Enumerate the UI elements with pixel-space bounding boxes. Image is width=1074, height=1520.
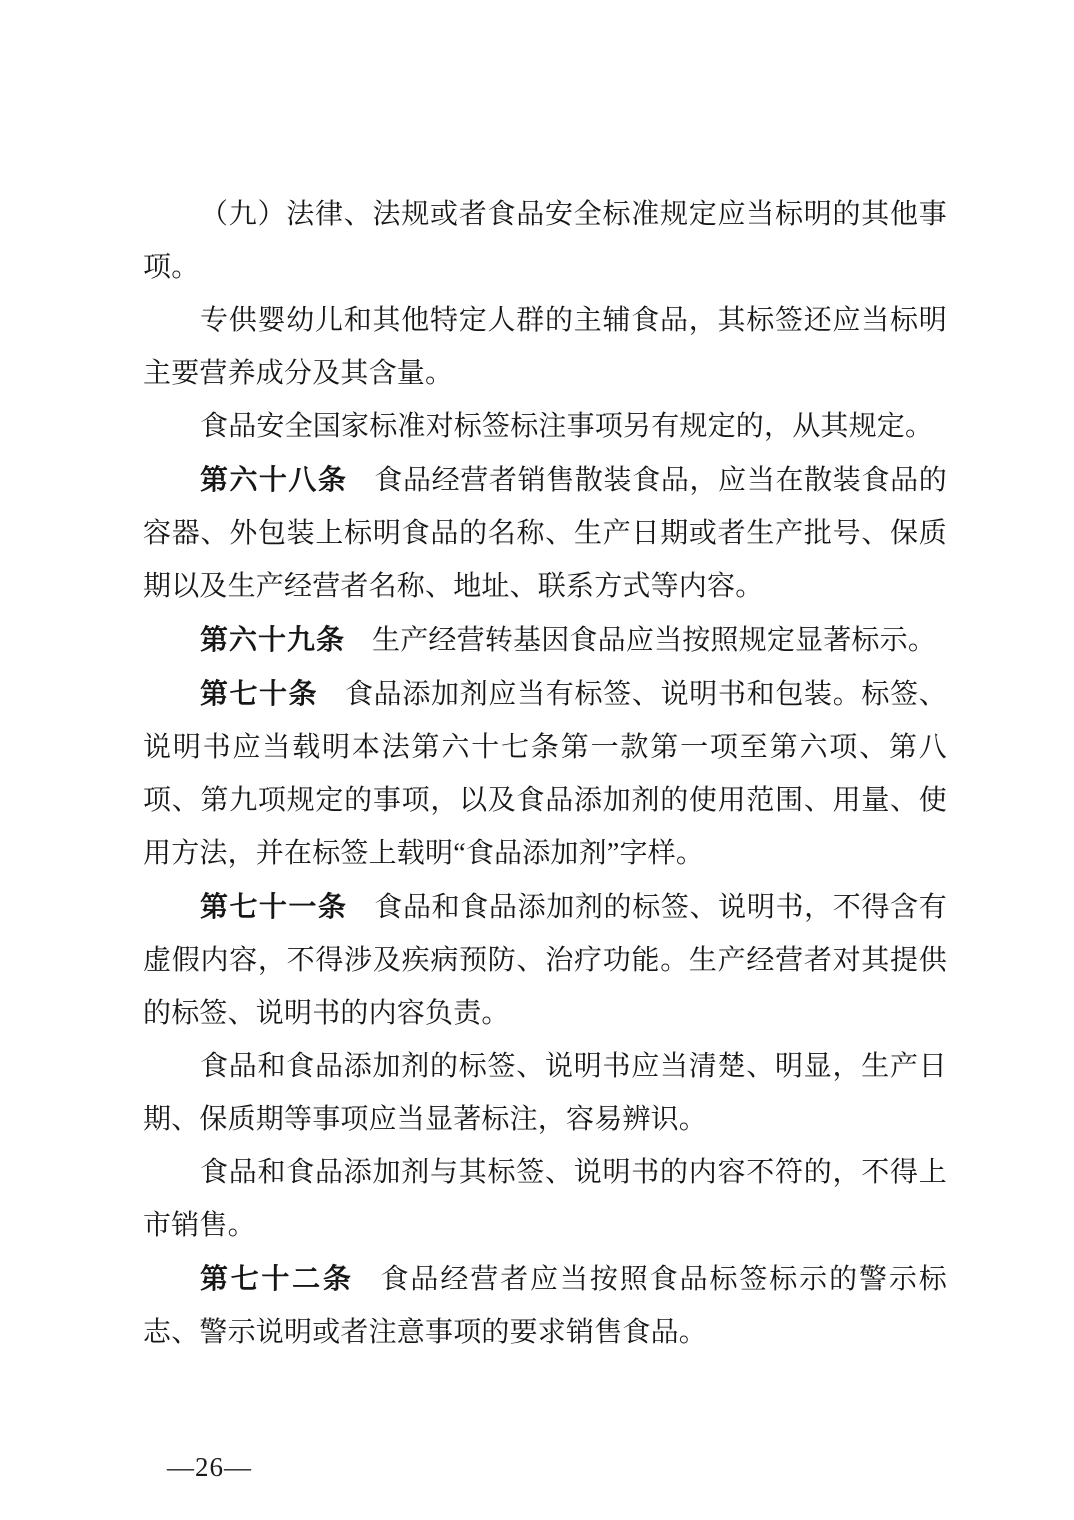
paragraph: 第六十八条食品经营者销售散装食品，应当在散装食品的容器、外包装上标明食品的名称、… <box>143 453 947 613</box>
paragraph: （九）法律、法规或者食品安全标准规定应当标明的其他事项。 <box>143 188 947 294</box>
article-number: 第七十二条 <box>200 1263 354 1294</box>
page-number: —26— <box>167 1441 252 1494</box>
article-number: 第七十条 <box>200 678 318 709</box>
document-page: （九）法律、法规或者食品安全标准规定应当标明的其他事项。专供婴幼儿和其他特定人群… <box>0 0 1074 1520</box>
paragraph: 第七十二条食品经营者应当按照食品标签标示的警示标志、警示说明或者注意事项的要求销… <box>143 1252 947 1359</box>
paragraph: 第七十条食品添加剂应当有标签、说明书和包装。标签、说明书应当载明本法第六十七条第… <box>143 667 947 880</box>
paragraph: 第七十一条食品和食品添加剂的标签、说明书，不得含有虚假内容，不得涉及疾病预防、治… <box>143 880 947 1040</box>
document-body: （九）法律、法规或者食品安全标准规定应当标明的其他事项。专供婴幼儿和其他特定人群… <box>143 188 947 1359</box>
paragraph: 专供婴幼儿和其他特定人群的主辅食品，其标签还应当标明主要营养成分及其含量。 <box>143 294 947 400</box>
paragraph: 食品安全国家标准对标签标注事项另有规定的，从其规定。 <box>143 400 947 453</box>
article-number: 第六十九条 <box>200 624 345 655</box>
paragraph: 食品和食品添加剂与其标签、说明书的内容不符的，不得上市销售。 <box>143 1146 947 1252</box>
article-number: 第七十一条 <box>200 891 347 922</box>
article-number: 第六十八条 <box>200 464 347 495</box>
paragraph: 第六十九条生产经营转基因食品应当按照规定显著标示。 <box>143 613 947 667</box>
paragraph: 食品和食品添加剂的标签、说明书应当清楚、明显，生产日期、保质期等事项应当显著标注… <box>143 1040 947 1146</box>
